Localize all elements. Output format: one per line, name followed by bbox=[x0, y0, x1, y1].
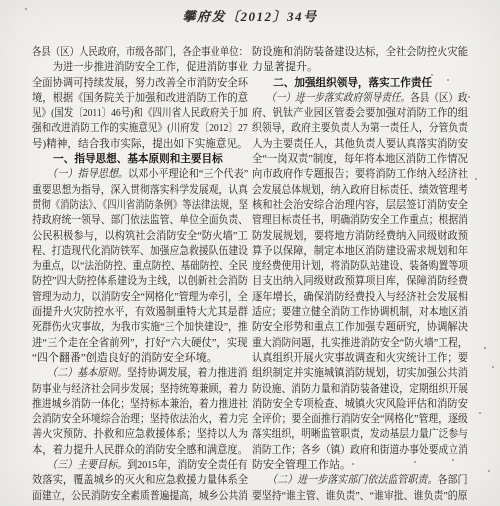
text-line: 贯彻《消防法》、《四川省消防条例》等法律法规，坚 bbox=[32, 198, 216, 213]
text-line: 防安全管理工作站。 bbox=[252, 458, 468, 473]
text-line: 重大消防问题，扎实推进消防安全“防火墙”工程， bbox=[252, 336, 446, 351]
text-line: 要坚持“谁主管、谁负责”、“谁审批、谁负责”的原 bbox=[252, 489, 446, 504]
text-line: 持政府统一领导、部门依法监管、单位全面负责、 bbox=[32, 213, 225, 228]
text-line: 重要思想为指导，深入贯彻落实科学发展观，认真 bbox=[32, 183, 225, 198]
text-line: 防安全形势和重点工作加强专题研究，协调解决 bbox=[252, 320, 454, 335]
scan-speck bbox=[447, 79, 449, 81]
text-line: 算予以保障，制定本地区消防建设需求规划和年 bbox=[252, 244, 454, 259]
right-column: 防设施和消防装备建设达标，全社会防控火灾能力显著提升。 二、加强组织领导，落实工… bbox=[252, 45, 468, 504]
scan-speck bbox=[414, 461, 416, 463]
text-line: 会发展总体规划，纳入政府目标责任、绩效管理考 bbox=[252, 183, 445, 198]
text-line: 号)精神，结合我市实际，提出如下实施意见。 bbox=[32, 137, 240, 152]
scan-speck bbox=[452, 459, 454, 461]
text-line: （一）指导思想。以邓小平理论和“三个代表” bbox=[32, 167, 231, 182]
text-line: 织领导，政府主要负责人为第一责任人，分管负责 bbox=[252, 121, 445, 136]
text-line: （三）主要目标。到2015年，消防安全责任有 bbox=[32, 458, 229, 473]
text-line: 防设施、消防力量和消防装备建设，定期组织开展 bbox=[252, 382, 445, 397]
text-line: 推进城乡消防一体化；坚持标本兼治，着力推进社 bbox=[32, 397, 225, 412]
text-line: 为重点，以“法治防控、重点防控、基础防控、全民 bbox=[32, 259, 221, 274]
scan-speck bbox=[475, 178, 477, 180]
page: 攀府发〔2012〕34号 各县（区）人民政府，市级各部门，各企事业单位： 为进一… bbox=[0, 0, 500, 506]
text-line: 力显著提升。 bbox=[252, 60, 468, 75]
text-line: 见》(国发〔2011〕46号)和《四川省人民政府关于加 bbox=[32, 106, 219, 121]
text-line: 消防安全专项检查、城镇火灾风险评估和消防安 bbox=[252, 397, 454, 412]
text-line: 全“一岗双责”制度，每年将本地区消防工作情况 bbox=[252, 152, 455, 167]
scan-speck bbox=[484, 347, 486, 349]
subheading-lead: （二）进一步落实部门依法监管职责。 bbox=[252, 474, 437, 486]
text-line: 公民积极参与，以构筑社会消防安全“防火墙”工 bbox=[32, 229, 235, 244]
scan-speck bbox=[479, 412, 481, 414]
text-line: （二）基本原则。坚持协调发展，着力推进消 bbox=[32, 366, 229, 381]
text-line: 消防工作；各乡（镇）政府和街道办事处要成立消 bbox=[252, 443, 445, 458]
text-line: “四个翻番”创造良好的消防安全环境。 bbox=[32, 351, 248, 366]
text-line: 面建立，公民消防安全素质普遍提高，城乡公共消 bbox=[32, 489, 225, 504]
text-line: 面提升火灾防控水平，有效遏制重特大尤其是群 bbox=[32, 305, 234, 320]
text-line: 度经费使用计划，将消防队站建设、装备购置等项 bbox=[252, 259, 445, 274]
doc-number: 攀府发〔2012〕34号 bbox=[0, 6, 500, 25]
text-line: 强和改进消防工作的实施意见》(川府发〔2012〕27 bbox=[32, 121, 222, 136]
text-line: 为进一步推进消防安全工作，促进消防事业 bbox=[32, 60, 234, 75]
text-line: 管理为动力，以消防安全“网格化”管理为牵引，全 bbox=[32, 290, 226, 305]
scan-speck bbox=[431, 74, 433, 76]
text-line: 各县（区）人民政府，市级各部门，各企事业单位： bbox=[32, 45, 216, 60]
text-line: 组织制定并实施城镇消防规划，切实加强公共消 bbox=[252, 366, 454, 381]
scan-speck bbox=[25, 8, 27, 10]
text-line: 落实组织，明晰监管职责，发动基层力量广泛参与 bbox=[252, 427, 445, 442]
scan-speck bbox=[468, 96, 470, 98]
scan-speck bbox=[352, 463, 354, 465]
section-heading: 一、指导思想、基本原则和主要目标 bbox=[32, 152, 248, 167]
text-line: 认真组织开展火灾事故调查和火灾统计工作；要 bbox=[252, 351, 454, 366]
subheading-lead: （二）基本原则。 bbox=[32, 367, 127, 379]
scan-speck bbox=[488, 470, 490, 472]
text-line: 程、打造现代化消防铁军、加强应急救援队伍建设 bbox=[32, 244, 225, 259]
scan-speck bbox=[418, 77, 420, 79]
text-line: 善火灾预防、扑救和应急救援体系；坚持以人为 bbox=[32, 427, 234, 442]
text-line: （二）进一步落实部门依法监管职责。各部门 bbox=[252, 473, 449, 488]
text-line: 本，着力提升人民群众的消防安全感和满意度。 bbox=[32, 443, 234, 458]
text-line: 防控”四大防控体系建设为主线，以创新社会消防 bbox=[32, 274, 230, 289]
text-line: 目支出纳入同级财政预算项目库，保障消防经费 bbox=[252, 274, 454, 289]
text-line: 境，根据《国务院关于加强和改进消防工作的意 bbox=[32, 91, 234, 106]
text-line: （一）进一步落实政府领导责任。各县（区）政 bbox=[252, 91, 440, 106]
text-line: 适应；要建立健全消防工作协调机制，对本地区消 bbox=[252, 305, 445, 320]
subheading-lead: （一）指导思想。 bbox=[32, 168, 128, 180]
text-line: 死群伤火灾事故，为我市实施“三个加快建设”，推 bbox=[32, 320, 226, 335]
scan-speck bbox=[492, 366, 494, 368]
text-line: 府、钒钛产业园区管委会要加强对消防工作的组 bbox=[252, 106, 454, 121]
scan-speck bbox=[300, 102, 302, 104]
section-heading: 二、加强组织领导，落实工作责任 bbox=[252, 76, 468, 91]
subheading-lead: （一）进一步落实政府领导责任。 bbox=[252, 92, 410, 104]
text-line: 防设施和消防装备建设达标，全社会防控火灾能 bbox=[252, 45, 454, 60]
text-line: 管理目标责任书，明确消防安全工作重点；根据消 bbox=[252, 213, 445, 228]
text-line: 全面协调可持续发展，努力改善全市消防安全环 bbox=[32, 76, 234, 91]
text-line: 人为主要责任人，其他负责人要认真落实消防安 bbox=[252, 137, 454, 152]
text-line: 核和社会治安综合治理内容，层层签订消防安全 bbox=[252, 198, 454, 213]
text-line: 向市政府作专题报告；要将消防工作纳入经济社 bbox=[252, 167, 454, 182]
text-line: 全评价；要全面推行消防安全“网格化”管理，逐级 bbox=[252, 412, 446, 427]
text-line: 效落实，覆盖城乡的灭火和应急救援力量体系全 bbox=[32, 473, 234, 488]
text-line: 防事业与经济社会同步发展；坚持统筹兼顾，着力 bbox=[32, 382, 225, 397]
text-line: 逐年增长，确保消防经费投入与经济社会发展相 bbox=[252, 290, 454, 305]
text-line: 进“三个走在全省前列”，打好“六大硬仗”，实现 bbox=[32, 336, 236, 351]
text-line: 防发展规划，要将地方消防经费纳入同级财政预 bbox=[252, 229, 454, 244]
text-line: 会消防安全环境综合治理；坚持依法治火，着力完 bbox=[32, 412, 225, 427]
left-column: 各县（区）人民政府，市级各部门，各企事业单位： 为进一步推进消防安全工作，促进消… bbox=[32, 45, 248, 504]
subheading-lead: （三）主要目标。 bbox=[32, 459, 127, 471]
